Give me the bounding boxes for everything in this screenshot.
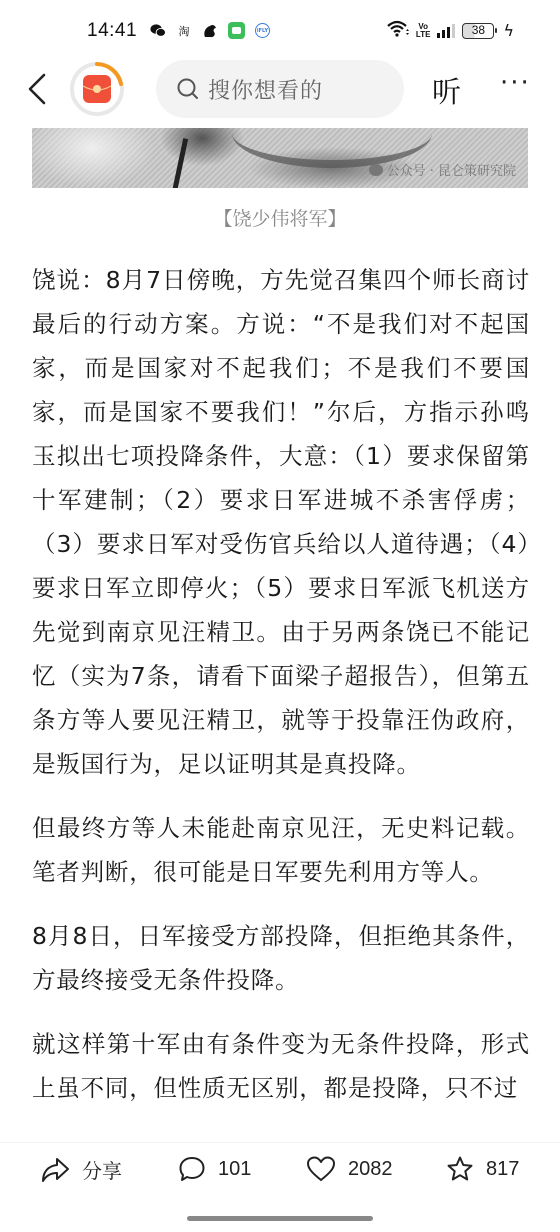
wechat-watermark-icon xyxy=(369,164,383,176)
search-placeholder: 搜你想看的 xyxy=(208,74,323,105)
photo-detail xyxy=(171,138,188,188)
wechat-icon xyxy=(150,23,166,39)
status-bar: 14:41 淘 iFLY VoLTE 38 ϟ xyxy=(0,0,560,56)
wifi-icon xyxy=(387,20,409,41)
signal-icon xyxy=(437,24,455,38)
ifly-icon: iFLY xyxy=(255,23,270,38)
listen-button[interactable]: 听 xyxy=(432,70,461,111)
image-caption: 【饶少伟将军】 xyxy=(0,204,560,231)
search-input[interactable]: 搜你想看的 xyxy=(156,60,404,118)
heart-icon xyxy=(306,1155,336,1183)
like-button[interactable]: 2082 xyxy=(306,1155,393,1183)
more-options-button[interactable]: ··· xyxy=(500,68,531,98)
favorite-button[interactable]: 817 xyxy=(446,1155,519,1183)
red-packet-reward-button[interactable] xyxy=(68,60,126,118)
chevron-left-icon xyxy=(24,72,52,106)
article-body: 饶说：8月7日傍晚，方先觉召集四个师长商讨最后的行动方案。方说：“不是我们对不起… xyxy=(32,258,530,1130)
share-label: 分享 xyxy=(82,1155,122,1184)
article-paragraph: 饶说：8月7日傍晚，方先觉召集四个师长商讨最后的行动方案。方说：“不是我们对不起… xyxy=(32,258,530,786)
like-count: 2082 xyxy=(348,1158,393,1181)
messages-icon xyxy=(228,22,245,39)
squirrel-app-icon xyxy=(202,23,218,39)
charging-icon: ϟ xyxy=(503,21,514,40)
star-icon xyxy=(446,1155,474,1183)
top-nav-bar: 搜你想看的 听 ··· xyxy=(0,56,560,122)
comment-count: 101 xyxy=(218,1158,251,1181)
red-packet-icon xyxy=(68,60,126,118)
status-time: 14:41 xyxy=(87,20,137,42)
back-button[interactable] xyxy=(24,72,52,106)
article-photo[interactable]: 公众号 · 昆仑策研究院 xyxy=(32,128,528,188)
share-icon xyxy=(40,1156,70,1184)
volte-indicator: VoLTE xyxy=(416,23,431,39)
search-icon xyxy=(176,77,200,101)
comment-bubble-icon xyxy=(178,1155,206,1183)
favorite-count: 817 xyxy=(486,1158,519,1181)
image-watermark: 公众号 · 昆仑策研究院 xyxy=(369,160,516,179)
taobao-icon: 淘 xyxy=(176,23,192,39)
home-indicator[interactable] xyxy=(187,1216,373,1221)
battery-indicator: 38 xyxy=(462,23,494,39)
comment-button[interactable]: 101 xyxy=(178,1155,251,1183)
article-paragraph: 但最终方等人未能赴南京见汪，无史料记载。笔者判断，很可能是日军要先利用方等人。 xyxy=(32,806,530,894)
notification-icons: 淘 iFLY xyxy=(150,22,270,39)
article-paragraph: 就这样第十军由有条件变为无条件投降，形式上虽不同，但性质无区别，都是投降，只不过 xyxy=(32,1022,530,1110)
system-status: VoLTE 38 ϟ xyxy=(387,20,514,41)
bottom-action-bar: 分享 101 2082 817 xyxy=(0,1142,560,1196)
share-button[interactable]: 分享 xyxy=(40,1155,122,1184)
article-paragraph: 8月8日，日军接受方部投降，但拒绝其条件，方最终接受无条件投降。 xyxy=(32,914,530,1002)
